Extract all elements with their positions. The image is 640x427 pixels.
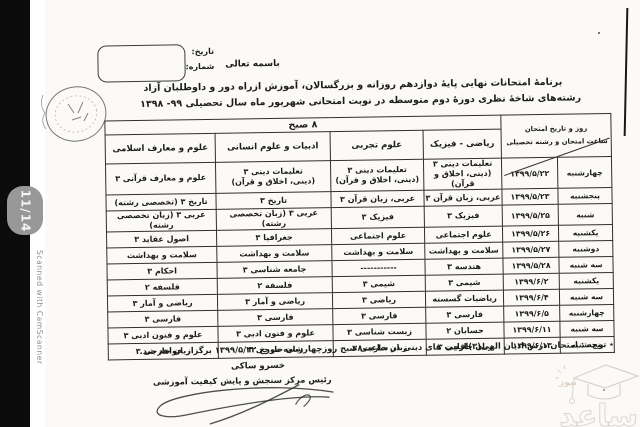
subject-cell: تعلیمات دینی ۳ (دینی، اخلاق و قرآن) [330,159,423,191]
day-cell: شنبه [558,203,612,225]
doc-title-line1: برنامهٔ امتحانات نهایی پایهٔ دوازدهم روز… [118,76,588,94]
sparkle-icon [555,365,565,378]
date-cell: ۱۳۹۹/۶/۱۱ [504,321,560,338]
subject-cell: فارسی ۳ [108,310,218,328]
subject-cell: فلسفه ۲ [217,277,332,295]
date-cell: ۱۳۹۹/۵/۲۵ [502,204,558,226]
subject-cell: ----------- [332,259,425,276]
letterhead-box [97,44,186,82]
watermark-brand-large: ساعد [559,399,638,427]
day-cell: سه شنبه [559,256,613,273]
signatory-name: خسرو ساکی [202,360,314,372]
signature-scribble [147,382,343,427]
exam-schedule-table: ساعت امتحان و رشته تحصیلی روز و تاریخ ام… [104,113,615,360]
day-cell: سه شنبه [559,288,613,305]
date-cell: ۱۳۹۹/۵/۲۳ [502,188,558,205]
subject-cell: احکام ۳ [107,262,217,280]
subject-cell: فیزیک ۳ [424,205,502,227]
subject-cell: هندسه ۳ [425,258,503,275]
subject-cell: جغرافیا ۳ [216,229,331,247]
scanned-document-page: 11/14 Scanned with CamScanner تاریخ: شما… [0,0,640,427]
page-number-badge: 11/14 [7,186,43,235]
subject-cell: شیمی ۳ [332,275,425,292]
subject-cell: زیست شناسی ۳ [333,323,426,340]
col-header-tajrobi: علوم تجربی [330,130,423,160]
subject-cell: شیمی ۳ [425,274,503,291]
subject-cell: ریاضی و آمار ۳ [217,293,332,311]
subject-cell: سلامت و بهداشت [107,246,217,264]
subject-cell: سلامت و بهداشت [425,242,503,259]
subject-cell: ریاضی و آمار ۳ [107,294,217,312]
subject-cell: فارسی ۳ [426,306,504,323]
col-header-riazi: ریاضی - فیزیک [423,129,501,159]
document-content: تاریخ: شماره: باسمه تعالی برنامهٔ امتحان… [0,0,640,427]
watermark-brand-small: نیوز [558,378,577,388]
subject-cell: عربی ۳ (زبان تخصصی رشته) [106,209,216,232]
subject-cell: علوم و فنون ادبی ۳ [108,326,218,344]
subject-cell: تاریخ ۳ [216,192,331,210]
subject-cell: علوم و فنون ادبی ۳ [218,325,333,343]
verification-stamp [36,83,112,149]
subject-cell: فارسی ۳ [333,307,426,324]
day-cell: پنجشنبه [558,187,612,204]
subject-cell: ریاضی ۳ [332,291,425,308]
camscanner-watermark: Scanned with CamScanner [31,250,44,400]
subject-cell: اصول عقاید ۳ [107,230,217,248]
subject-cell: سلامت و بهداشت [332,243,425,260]
date-cell: ۱۳۹۹/۵/۲۷ [503,241,559,258]
date-cell: ۱۳۹۹/۶/۵ [504,305,560,322]
subject-cell: جامعه شناسی ۳ [217,261,332,279]
corner-bottom-label: روز و تاریخ امتحان [525,124,588,133]
day-cell: سه شنبه [560,320,614,337]
subject-cell: ریاضیات گسسته [425,290,503,307]
subject-cell: فیزیک ۳ [331,206,424,228]
subject-cell: فلسفه ۲ [107,278,217,296]
bismillah: باسمه تعالی [205,59,299,70]
date-cell: ۱۳۹۹/۵/۲۶ [502,225,558,242]
day-cell: دوشنبه [559,240,613,257]
subject-cell: علوم اجتماعی [331,227,424,244]
corner-cell: ساعت امتحان و رشته تحصیلی روز و تاریخ ام… [501,113,612,158]
doc-title-line2: رشته‌های شاخهٔ نظری دورهٔ دوم متوسطه در … [133,92,588,110]
subject-cell: علوم و معارف قرآنی ۳ [105,162,215,195]
date-cell: ۱۳۹۹/۶/۴ [503,289,559,306]
corner-top-label: ساعت امتحان و رشته تحصیلی [506,137,608,147]
subject-cell: تاریخ ۳ (تخصصی رشته) [106,193,216,211]
subject-cell: عربی، زبان قرآن ۳ [424,189,502,206]
page-number-label: 11/14 [18,189,32,232]
day-cell: یکشنبه [558,224,612,241]
subject-cell: فارسی ۳ [218,309,333,327]
scan-speck [598,32,600,34]
date-cell: ۱۳۹۹/۵/۲۸ [503,257,559,274]
col-header-maaref: علوم و معارف اسلامی [105,133,215,164]
day-cell: چهارشنبه [560,304,614,321]
subject-cell: سلامت و بهداشت [217,245,332,263]
date-label: تاریخ: [185,48,214,57]
saed-news-watermark: نیوز ساعد [550,352,640,427]
day-cell: یکشنبه [559,272,613,289]
col-header-ensani: ادبیات و علوم انسانی [215,132,330,163]
graduation-cap-icon [570,365,639,404]
subject-cell: تعلیمات دینی ۳ (دینی، اخلاق و قرآن) [215,161,330,194]
date-cell: ۱۳۹۹/۶/۲ [503,273,559,290]
subject-cell: حسابان ۲ [426,322,504,339]
subject-cell: عربی ۳ (زبان تخصصی رشته) [216,208,331,231]
subject-cell: عربی، زبان قرآن ۳ [331,190,424,207]
subject-cell: تعلیمات دینی ۳ (دینی، اخلاق و قرآن) [423,158,501,190]
subject-cell: علوم اجتماعی [424,226,502,243]
